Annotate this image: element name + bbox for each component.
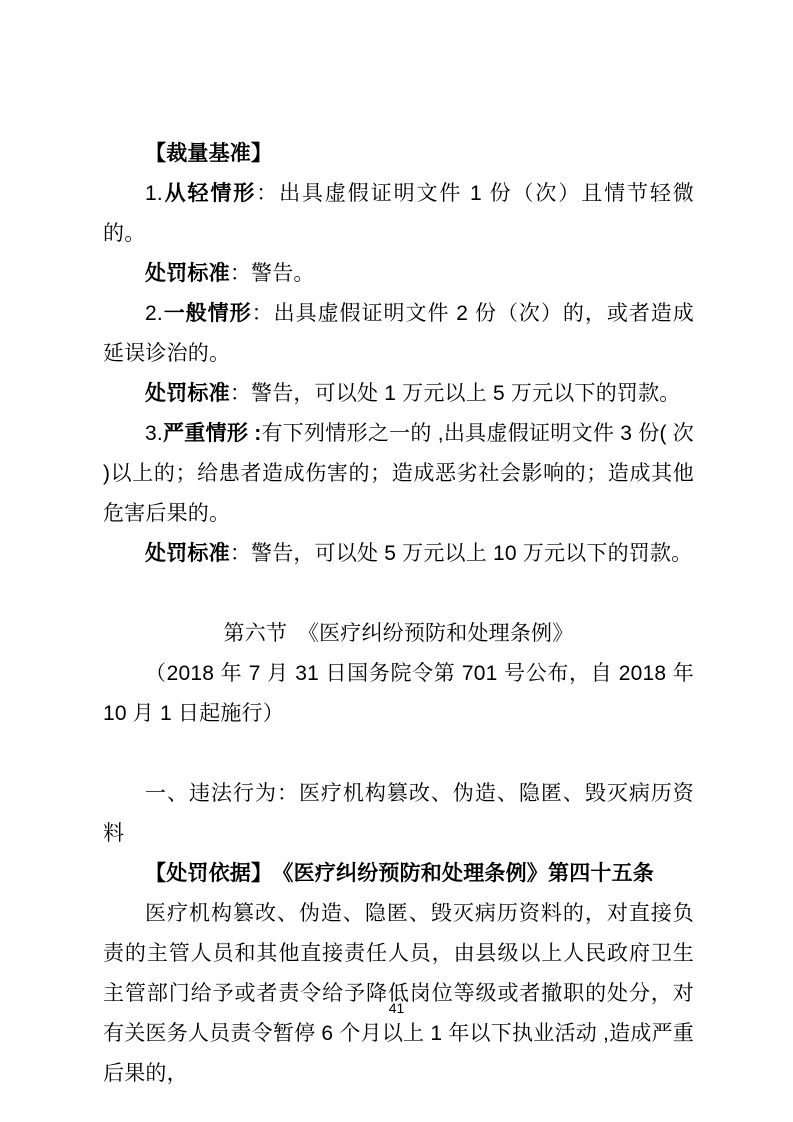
text-run: 【裁量基准】 (145, 142, 272, 165)
text-run: ：警告。 (230, 262, 315, 285)
section-heading: 第六节 《医疗纠纷预防和处理条例》 (103, 614, 694, 654)
page-number: 41 (0, 999, 793, 1017)
text-run: 一般情形 (163, 302, 252, 325)
text-run: ：警告，可以处 5 万元以上 10 万元以下的罚款。 (230, 542, 693, 565)
text-run: （2018 年 7 月 31 日国务院令第 701 号公布，自 2018 年 1… (103, 662, 694, 725)
item-penalty-standard-2: 处罚标准：警告，可以处 1 万元以上 5 万元以下的罚款。 (103, 374, 694, 414)
item-penalty-standard-3: 处罚标准：警告，可以处 5 万元以上 10 万元以下的罚款。 (103, 534, 694, 574)
text-run: 严重情形 : (163, 422, 261, 445)
punishment-basis-line: 【处罚依据】 《医疗纠纷预防和处理条例》第四十五条 (103, 854, 694, 894)
text-run: 处罚标准 (145, 262, 230, 285)
text-run: 从轻情形 (163, 182, 256, 205)
text-run: 一、违法行为：医疗机构篡改、伪造、隐匿、毁灭病历资料 (103, 782, 694, 845)
text-run: 【处罚依据】 《医疗纠纷预防和处理条例》第四十五条 (145, 862, 654, 885)
section-promulgation-date: （2018 年 7 月 31 日国务院令第 701 号公布，自 2018 年 1… (103, 654, 694, 734)
item-general-circumstance: 2.一般情形：出具虚假证明文件 2 份（次）的，或者造成延误诊治的。 (103, 294, 694, 374)
text-run: 医疗机构篡改、伪造、隐匿、毁灭病历资料的，对直接负责的主管人员和其他直接责任人员… (103, 902, 694, 1085)
text-run: 1. (145, 182, 163, 205)
text-run: ：警告，可以处 1 万元以上 5 万元以下的罚款。 (230, 382, 681, 405)
text-run: 处罚标准 (145, 542, 230, 565)
item-penalty-standard-1: 处罚标准：警告。 (103, 254, 694, 294)
text-run: 2. (145, 302, 163, 325)
item-lenient-circumstance: 1.从轻情形：出具虚假证明文件 1 份（次）且情节轻微的。 (103, 174, 694, 254)
text-run: 处罚标准 (145, 382, 230, 405)
item-severe-circumstance: 3.严重情形 :有下列情形之一的 ,出具虚假证明文件 3 份( 次 )以上的；给… (103, 414, 694, 534)
document-body: 【裁量基准】 1.从轻情形：出具虚假证明文件 1 份（次）且情节轻微的。 处罚标… (103, 134, 694, 1094)
law-article-text: 医疗机构篡改、伪造、隐匿、毁灭病历资料的，对直接负责的主管人员和其他直接责任人员… (103, 894, 694, 1094)
text-run: 第六节 《医疗纠纷预防和处理条例》 (224, 622, 574, 645)
text-run: 3. (145, 422, 163, 445)
document-page: 【裁量基准】 1.从轻情形：出具虚假证明文件 1 份（次）且情节轻微的。 处罚标… (0, 0, 793, 1122)
violation-behavior-line: 一、违法行为：医疗机构篡改、伪造、隐匿、毁灭病历资料 (103, 774, 694, 854)
heading-discretion-benchmark: 【裁量基准】 (103, 134, 694, 174)
